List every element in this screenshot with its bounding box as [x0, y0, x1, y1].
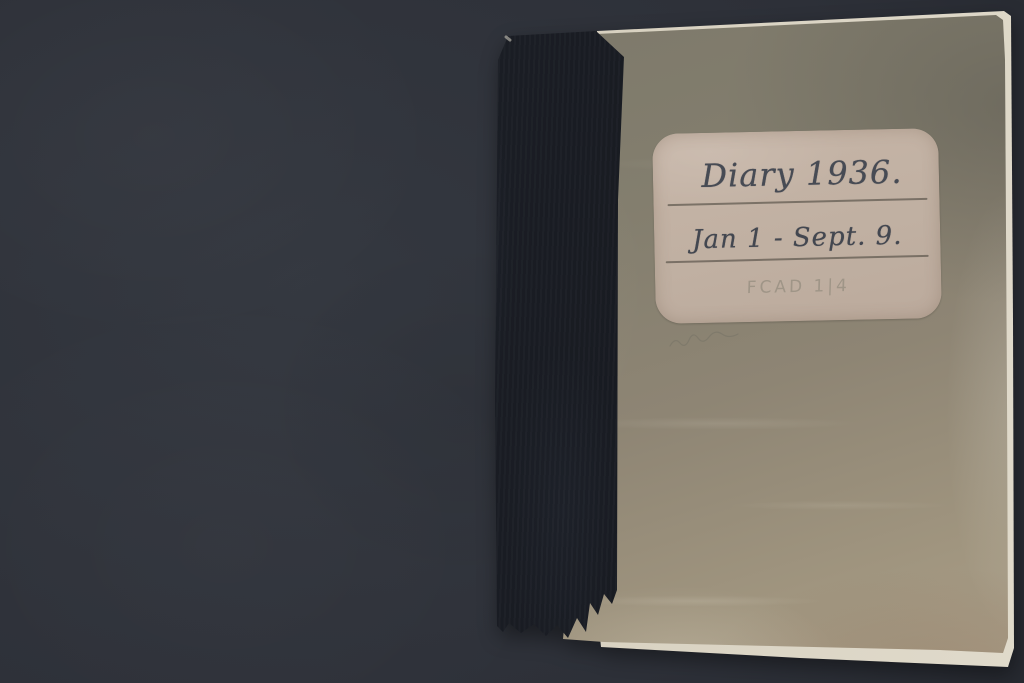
label-date-range: Jan 1 - Sept. 9. [654, 220, 941, 256]
diary-notebook: Diary 1936. Jan 1 - Sept. 9. FCAD 1|4 [0, 0, 1024, 683]
label-ruled-line-2 [666, 255, 929, 263]
cover-label: Diary 1936. Jan 1 - Sept. 9. FCAD 1|4 [652, 128, 942, 324]
photo-dark-backing-surface: Diary 1936. Jan 1 - Sept. 9. FCAD 1|4 [0, 0, 1024, 683]
faint-pencil-scribble [666, 330, 746, 354]
label-archive-code: FCAD 1|4 [655, 274, 942, 300]
label-title: Diary 1936. [653, 152, 940, 196]
label-ruled-line-1 [668, 198, 928, 206]
